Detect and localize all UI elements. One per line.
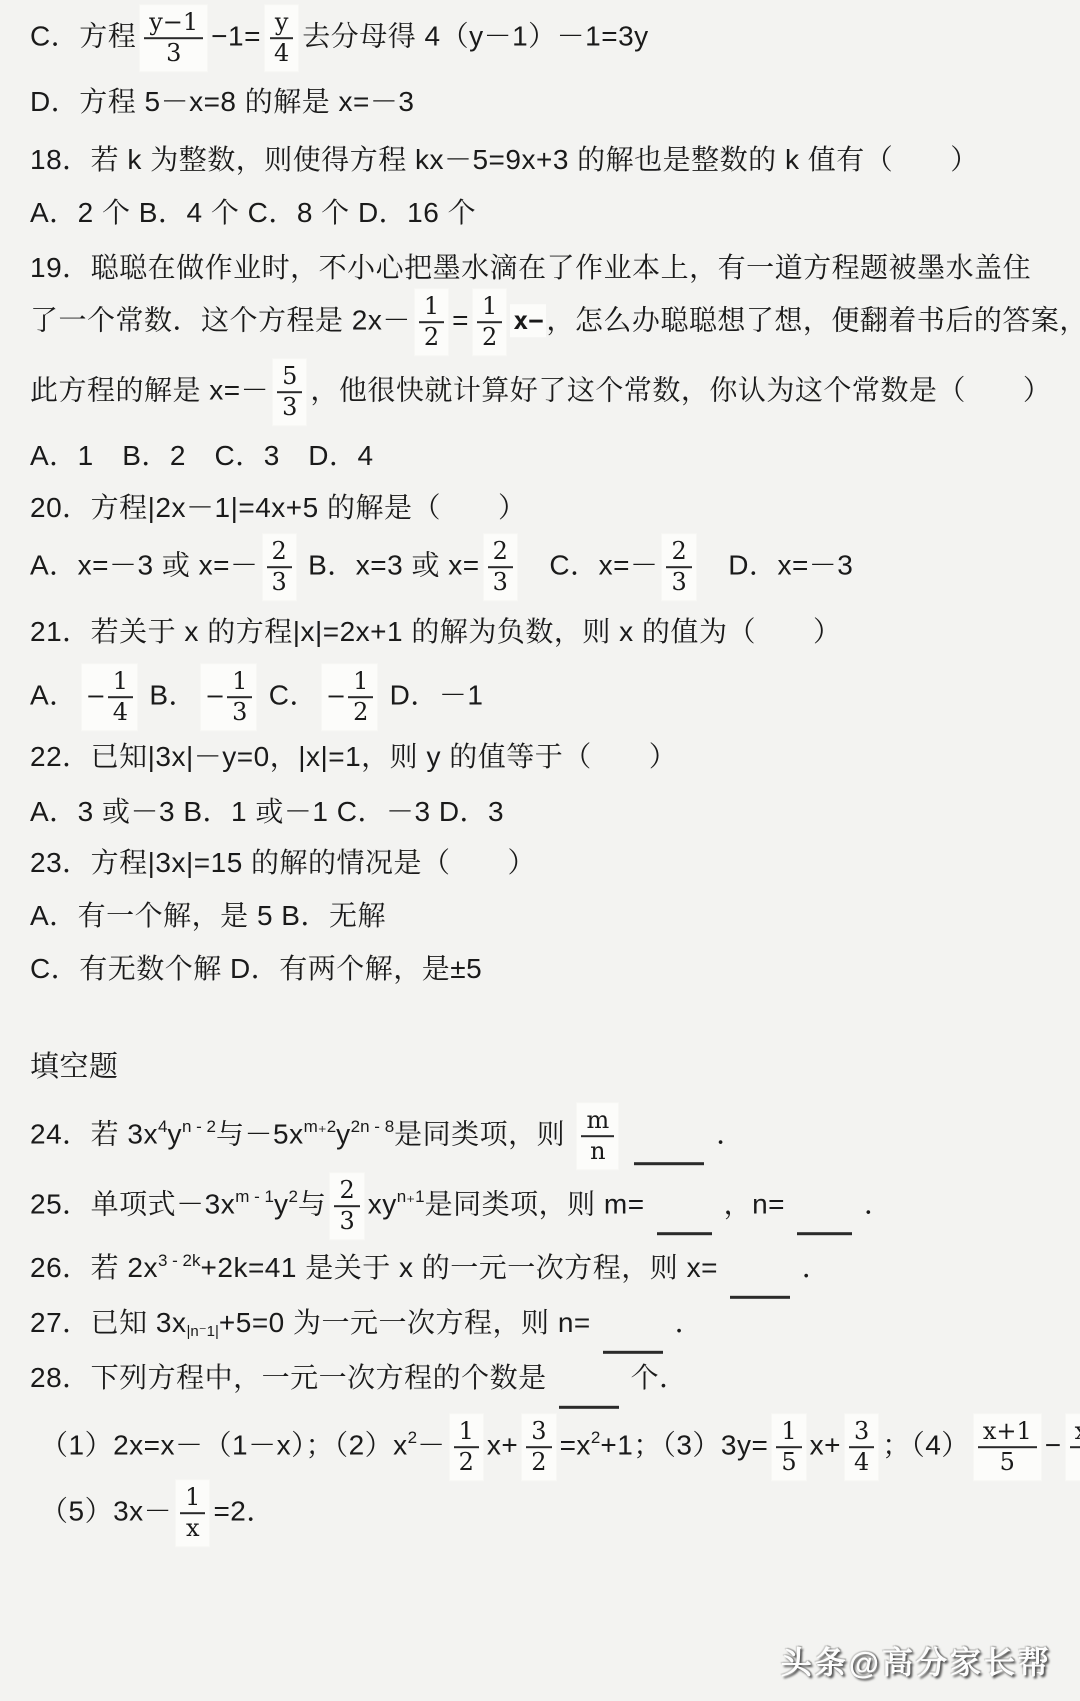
text-run: +1；（3）3y=: [600, 1429, 768, 1460]
text-run: 26．若 2x: [30, 1252, 158, 1283]
subscript: |n⁻1|: [187, 1323, 219, 1340]
fraction: x+15: [974, 1414, 1041, 1480]
text-run: B．x=3 或 x=: [300, 549, 480, 580]
text-run: +5=0 为一元一次方程，则 n=: [219, 1307, 591, 1338]
line-q18-stem: 18．若 k 为整数，则使得方程 kx－5=9x+3 的解也是整数的 k 值有（…: [30, 142, 979, 178]
text-run: A．: [30, 679, 78, 710]
fraction: 15: [772, 1414, 805, 1480]
footer-watermark: 头条@高分家长帮: [781, 1638, 1052, 1683]
text-run: A．2 个 B．4 个 C．8 个 D．16 个: [30, 197, 476, 228]
text-run: ，他很快就计算好了这个常数，你认为这个常数是（ ）: [310, 374, 1051, 405]
line-q23-stem: 23．方程|3x|=15 的解的情况是（ ）: [30, 845, 536, 881]
text-run: 与－5x: [216, 1118, 304, 1149]
text-run: y: [274, 1188, 289, 1219]
superscript: n₊1: [397, 1187, 425, 1206]
text-run: D．方程 5－x=8 的解是 x=－3: [30, 86, 414, 117]
fraction: 23: [263, 534, 296, 600]
text-run: A．x=－3 或 x=－: [30, 549, 259, 580]
text-run: 是同类项，则: [394, 1118, 573, 1149]
text-run: =2．: [213, 1495, 274, 1526]
text-run: ．: [864, 1188, 893, 1219]
fraction: 23: [484, 534, 517, 600]
text-run: ，n=: [724, 1188, 785, 1219]
line-q25-stem: 25．单项式－3xm - 1y2与23xyn₊1是同类项，则 m=，n=．: [30, 1173, 893, 1239]
line-q27-stem: 27．已知 3x|n⁻1|+5=0 为一元一次方程，则 n=．: [30, 1305, 703, 1341]
fraction: −13: [201, 664, 256, 730]
line-q28-items-1-to-4: （1）2x=x－（1－x）；（2）x2－12x+32=x2+1；（3）3y=15…: [40, 1414, 1080, 1480]
line-q22-options: A．3 或－3 B．1 或－1 C．－3 D．3: [30, 794, 504, 830]
superscript: 2: [408, 1428, 417, 1447]
fraction: 34: [845, 1414, 878, 1480]
fraction: y4: [265, 5, 298, 71]
fraction: mn: [577, 1103, 618, 1169]
superscript: 2n - 8: [351, 1117, 394, 1136]
line-q19-options: A．1 B．2 C．3 D．4: [30, 438, 374, 474]
superscript: 3 - 2k: [158, 1251, 201, 1270]
text-run: A．1 B．2 C．3 D．4: [30, 440, 374, 471]
text-run: －: [417, 1429, 446, 1460]
blank-underline: [797, 1232, 852, 1235]
fraction: x−17: [1066, 1414, 1080, 1480]
text-run: x+: [487, 1429, 518, 1460]
worksheet: 头条@高分家长帮 C．方程y−13−1=y4去分母得 4（y－1）－1=3yD．…: [0, 0, 1080, 1701]
line-q19-stem-line1: 19．聪聪在做作业时，不小心把墨水滴在了作业本上，有一道方程题被墨水盖住: [30, 250, 1031, 286]
fraction: 12: [473, 289, 506, 355]
text-run: ；（4）: [882, 1429, 970, 1460]
text-run: 18．若 k 为整数，则使得方程 kx－5=9x+3 的解也是整数的 k 值有（…: [30, 144, 979, 175]
fraction: 1x: [176, 1480, 209, 1546]
equation-fragment: x−: [510, 304, 546, 337]
text-run: C．x=－: [521, 549, 659, 580]
text-run: （5）3x－: [40, 1495, 172, 1526]
text-run: 24．若 3x: [30, 1118, 158, 1149]
text-run: 27．已知 3x: [30, 1307, 187, 1338]
blank-underline: [603, 1351, 663, 1354]
text-run: ．: [802, 1252, 831, 1283]
text-run: +2k=41 是关于 x 的一元一次方程，则 x=: [201, 1252, 718, 1283]
text-run: 19．聪聪在做作业时，不小心把墨水滴在了作业本上，有一道方程题被墨水盖住: [30, 252, 1031, 283]
fraction: 53: [273, 359, 306, 425]
superscript: 2: [591, 1428, 600, 1447]
text-run: C．方程: [30, 20, 136, 51]
blank-underline: [559, 1406, 619, 1409]
text-run: =: [452, 304, 469, 335]
fraction: −12: [322, 664, 377, 730]
superscript: n - 2: [182, 1117, 216, 1136]
fraction: 12: [415, 289, 448, 355]
line-option-c-clear-denominator: C．方程y−13−1=y4去分母得 4（y－1）－1=3y: [30, 5, 649, 71]
superscript: m₊2: [304, 1117, 337, 1136]
line-section-fill-in-blanks: 填空题: [30, 1049, 119, 1087]
blank-underline: [730, 1296, 790, 1299]
text-run: =x: [560, 1429, 591, 1460]
text-run: 28．下列方程中，一元一次方程的个数是: [30, 1362, 547, 1393]
text-run: 个．: [631, 1362, 688, 1393]
line-q19-stem-line3: 此方程的解是 x=－53，他很快就计算好了这个常数，你认为这个常数是（ ）: [30, 359, 1051, 425]
text-run: 20．方程|2x－1|=4x+5 的解是（ ）: [30, 492, 526, 523]
text-run: 此方程的解是 x=－: [30, 374, 269, 405]
line-option-d-solution: D．方程 5－x=8 的解是 x=－3: [30, 84, 414, 120]
text-run: ．: [716, 1118, 745, 1149]
line-q26-stem: 26．若 2x3 - 2k+2k=41 是关于 x 的一元一次方程，则 x=．: [30, 1250, 830, 1286]
line-q19-stem-line2: 了一个常数．这个方程是 2x－12=12x−，怎么办聪聪想了想，便翻着书后的答案…: [30, 289, 1080, 355]
text-run: ．: [675, 1307, 704, 1338]
superscript: 2: [288, 1187, 297, 1206]
text-run: 23．方程|3x|=15 的解的情况是（ ）: [30, 847, 536, 878]
text-run: 去分母得 4（y－1）－1=3y: [302, 20, 648, 51]
text-run: −1=: [211, 20, 261, 51]
line-q22-stem: 22．已知|3x|－y=0，|x|=1，则 y 的值等于（ ）: [30, 739, 677, 775]
minus-sign: −: [86, 681, 106, 712]
text-run: 22．已知|3x|－y=0，|x|=1，则 y 的值等于（ ）: [30, 741, 677, 772]
text-run: 是同类项，则 m=: [425, 1188, 645, 1219]
text-run: 了一个常数．这个方程是 2x－: [30, 304, 411, 335]
text-run: B．: [141, 679, 197, 710]
text-run: 25．单项式－3x: [30, 1188, 235, 1219]
line-q21-options: A．−14 B．−13 C．−12 D．－1: [30, 664, 483, 730]
fraction: y−13: [140, 5, 207, 71]
text-run: xy: [368, 1188, 397, 1219]
line-q28-item-5: （5）3x－1x=2．: [40, 1480, 275, 1546]
text-run: y: [167, 1118, 182, 1149]
text-run: C．: [260, 679, 318, 710]
text-run: 21．若关于 x 的方程|x|=2x+1 的解为负数，则 x 的值为（ ）: [30, 616, 841, 647]
text-run: 与: [298, 1188, 327, 1219]
fraction: 12: [450, 1414, 483, 1480]
blank-underline: [657, 1232, 712, 1235]
text-run: A．有一个解，是 5 B．无解: [30, 900, 386, 931]
text-run: y: [336, 1118, 351, 1149]
line-q23-options-ab: A．有一个解，是 5 B．无解: [30, 898, 386, 934]
line-q18-options: A．2 个 B．4 个 C．8 个 D．16 个: [30, 195, 476, 231]
text-run: 填空题: [30, 1051, 119, 1083]
minus-sign: −: [326, 681, 346, 712]
superscript: m - 1: [235, 1187, 274, 1206]
text-run: （1）2x=x－（1－x）；（2）x: [40, 1429, 408, 1460]
fraction: 32: [522, 1414, 555, 1480]
text-run: D．x=－3: [700, 549, 854, 580]
text-run: A．3 或－3 B．1 或－1 C．－3 D．3: [30, 796, 504, 827]
line-q20-stem: 20．方程|2x－1|=4x+5 的解是（ ）: [30, 490, 526, 526]
line-q23-options-cd: C．有无数个解 D．有两个解，是±5: [30, 951, 482, 987]
text-run: C．有无数个解 D．有两个解，是±5: [30, 953, 482, 984]
fraction: −14: [82, 664, 137, 730]
fraction: 23: [662, 534, 695, 600]
text-run: x+: [810, 1429, 841, 1460]
superscript: 4: [158, 1117, 167, 1136]
line-q28-stem: 28．下列方程中，一元一次方程的个数是个．: [30, 1360, 688, 1396]
line-q24-stem: 24．若 3x4yn - 2与－5xm₊2y2n - 8是同类项，则 mn．: [30, 1103, 745, 1169]
fraction: 23: [330, 1173, 363, 1239]
text-run: ，怎么办聪聪想了想，便翻着书后的答案，: [546, 304, 1080, 335]
text-run: D．－1: [381, 679, 483, 710]
minus-sign: −: [205, 681, 225, 712]
line-q21-stem: 21．若关于 x 的方程|x|=2x+1 的解为负数，则 x 的值为（ ）: [30, 614, 841, 650]
text-run: −: [1045, 1429, 1062, 1460]
line-q20-options: A．x=－3 或 x=－23 B．x=3 或 x=23 C．x=－23 D．x=…: [30, 534, 853, 600]
blank-underline: [634, 1162, 704, 1165]
